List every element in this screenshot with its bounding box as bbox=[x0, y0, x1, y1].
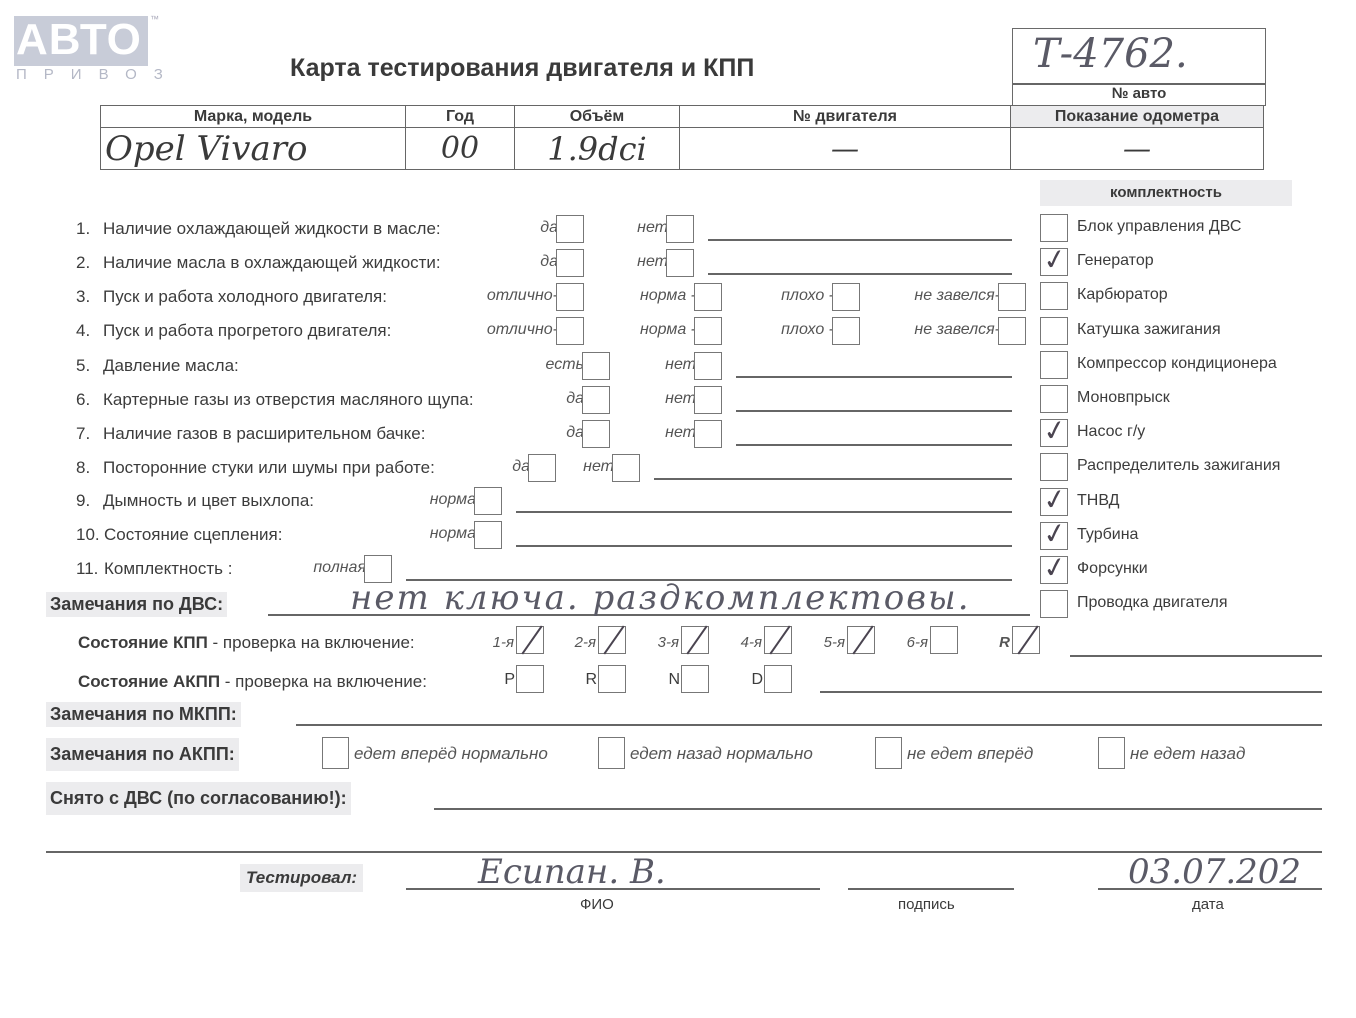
gear-label: 6-я bbox=[907, 634, 928, 651]
check-option-label: нет bbox=[637, 253, 668, 271]
value-odometer[interactable]: — bbox=[1011, 128, 1264, 170]
akpp-remarks-label: Замечания по АКПП: bbox=[46, 738, 239, 771]
gear-checkbox[interactable] bbox=[764, 626, 792, 654]
date-caption: дата bbox=[1192, 896, 1224, 913]
check-option-checkbox[interactable] bbox=[998, 283, 1026, 311]
gear-label: R bbox=[999, 634, 1010, 651]
check-option-checkbox[interactable] bbox=[694, 386, 722, 414]
completeness-checkbox[interactable] bbox=[1040, 214, 1068, 242]
mode-checkbox[interactable] bbox=[764, 665, 792, 693]
check-number: 10. bbox=[76, 525, 100, 545]
akpp-option-label: едет назад нормально bbox=[630, 744, 813, 764]
check-number: 3. bbox=[76, 287, 90, 307]
check-number: 4. bbox=[76, 321, 90, 341]
gear-label: 1-я bbox=[493, 634, 514, 651]
gear-checkbox[interactable] bbox=[847, 626, 875, 654]
check-label: Комплектность : bbox=[104, 559, 232, 579]
check-option-checkbox[interactable] bbox=[556, 283, 584, 311]
check-option-label: не завелся- bbox=[914, 287, 1000, 305]
signature-input[interactable] bbox=[848, 888, 1014, 890]
check-label: Посторонние стуки или шумы при работе: bbox=[103, 458, 435, 478]
mode-checkbox[interactable] bbox=[516, 665, 544, 693]
completeness-checkbox[interactable] bbox=[1040, 556, 1068, 584]
akpp-option-label: едет вперёд нормально bbox=[354, 744, 548, 764]
check-option-label: плохо - bbox=[781, 321, 834, 339]
akpp-checkbox[interactable] bbox=[875, 737, 902, 769]
akpp-option-label: не едет вперёд bbox=[907, 744, 1033, 764]
check-label: Пуск и работа холодного двигателя: bbox=[103, 287, 387, 307]
vehicle-info-table: Марка, модель Год Объём № двигателя Пока… bbox=[100, 105, 1264, 170]
akpp-checkbox[interactable] bbox=[598, 737, 625, 769]
akpp-option-label: не едет назад bbox=[1130, 744, 1245, 764]
engine-remarks-input[interactable]: нет ключа. раздкомплектовы. bbox=[350, 578, 971, 618]
check-number: 11. bbox=[76, 559, 98, 579]
check-notes-input[interactable] bbox=[708, 273, 1012, 275]
check-label: Картерные газы из отверстия масляного щу… bbox=[103, 390, 474, 410]
mode-checkbox[interactable] bbox=[681, 665, 709, 693]
check-notes-input[interactable] bbox=[736, 376, 1012, 378]
check-option-checkbox[interactable] bbox=[582, 386, 610, 414]
check-option-checkbox[interactable] bbox=[474, 521, 502, 549]
mode-label: R bbox=[585, 671, 597, 689]
gear-checkbox[interactable] bbox=[1012, 626, 1040, 654]
check-label: Наличие масла в охлаждающей жидкости: bbox=[103, 253, 441, 273]
engine-remarks-label: Замечания по ДВС: bbox=[46, 592, 227, 617]
check-option-checkbox[interactable] bbox=[694, 420, 722, 448]
col-volume: Объём bbox=[515, 106, 680, 128]
removed-label: Снято с ДВС (по согласованию!): bbox=[46, 782, 351, 815]
check-notes-input[interactable] bbox=[654, 478, 1012, 480]
check-option-label: норма - bbox=[640, 287, 696, 305]
check-notes-input[interactable] bbox=[708, 239, 1012, 241]
car-number-label: № авто bbox=[1013, 85, 1265, 102]
completeness-label: Турбина bbox=[1077, 526, 1138, 544]
check-option-label: норма bbox=[430, 491, 476, 509]
gear-checkbox[interactable] bbox=[681, 626, 709, 654]
page-title: Карта тестирования двигателя и КПП bbox=[290, 54, 754, 83]
completeness-checkbox[interactable] bbox=[1040, 351, 1068, 379]
col-make-model: Марка, модель bbox=[101, 106, 406, 128]
manual-gearbox-label: Состояние КПП - проверка на включение: bbox=[78, 633, 415, 653]
check-option-checkbox[interactable] bbox=[694, 352, 722, 380]
car-number-box: Т-4762. № авто bbox=[1012, 28, 1266, 106]
mkpp-remarks-label: Замечания по МКПП: bbox=[46, 702, 241, 727]
logo-tm: ™ bbox=[150, 14, 159, 24]
check-number: 8. bbox=[76, 458, 90, 478]
completeness-label: Катушка зажигания bbox=[1077, 321, 1221, 339]
check-option-checkbox[interactable] bbox=[556, 215, 584, 243]
check-number: 5. bbox=[76, 356, 90, 376]
auto-gearbox-label-rest: - проверка на включение: bbox=[220, 672, 427, 691]
tester-name-line bbox=[406, 888, 820, 890]
value-make-model[interactable]: Opel Vivaro bbox=[101, 128, 406, 170]
check-option-checkbox[interactable] bbox=[666, 249, 694, 277]
check-option-checkbox[interactable] bbox=[832, 283, 860, 311]
check-option-label: есть bbox=[546, 356, 584, 374]
check-number: 2. bbox=[76, 253, 90, 273]
removed-input[interactable] bbox=[434, 808, 1322, 810]
completeness-checkbox[interactable] bbox=[1040, 453, 1068, 481]
completeness-label: ТНВД bbox=[1077, 492, 1119, 510]
completeness-checkbox[interactable] bbox=[1040, 282, 1068, 310]
completeness-label: Проводка двигателя bbox=[1077, 594, 1228, 612]
check-option-label: норма - bbox=[640, 321, 696, 339]
check-option-checkbox[interactable] bbox=[998, 317, 1026, 345]
gear-label: 3-я bbox=[658, 634, 679, 651]
completeness-checkbox[interactable] bbox=[1040, 419, 1068, 447]
completeness-checkbox[interactable] bbox=[1040, 488, 1068, 516]
completeness-label: Блок управления ДВС bbox=[1077, 218, 1241, 236]
check-option-label: не завелся- bbox=[914, 321, 1000, 339]
mode-label: D bbox=[751, 671, 763, 689]
check-option-label: полная bbox=[313, 559, 366, 577]
check-number: 6. bbox=[76, 390, 90, 410]
akpp-checkbox[interactable] bbox=[322, 737, 349, 769]
completeness-checkbox[interactable] bbox=[1040, 385, 1068, 413]
mode-label: P bbox=[504, 671, 515, 689]
value-year[interactable]: 00 bbox=[406, 128, 515, 170]
check-label: Давление масла: bbox=[103, 356, 239, 376]
completeness-label: Моновпрыск bbox=[1077, 389, 1170, 407]
check-option-label: норма bbox=[430, 525, 476, 543]
value-engine-number[interactable]: — bbox=[680, 128, 1011, 170]
manual-gearbox-label-bold: Состояние КПП bbox=[78, 633, 208, 652]
date-input[interactable]: 03.07.202 bbox=[1128, 852, 1301, 892]
name-caption: ФИО bbox=[580, 896, 614, 913]
completeness-checkbox[interactable] bbox=[1040, 248, 1068, 276]
date-line bbox=[1098, 888, 1322, 890]
check-notes-input[interactable] bbox=[736, 410, 1012, 412]
completeness-checkbox[interactable] bbox=[1040, 317, 1068, 345]
car-number-value[interactable]: Т-4762. bbox=[1033, 31, 1188, 77]
check-option-label: плохо - bbox=[781, 287, 834, 305]
check-notes-input[interactable] bbox=[736, 444, 1012, 446]
tester-name-input[interactable]: Есипан. В. bbox=[478, 852, 666, 892]
tested-label: Тестировал: bbox=[240, 864, 363, 892]
auto-gearbox-label-bold: Состояние АКПП bbox=[78, 672, 220, 691]
completeness-checkbox[interactable] bbox=[1040, 522, 1068, 550]
completeness-checkbox[interactable] bbox=[1040, 590, 1068, 618]
check-option-label: нет bbox=[665, 424, 696, 442]
check-option-checkbox[interactable] bbox=[612, 454, 640, 482]
mode-checkbox[interactable] bbox=[598, 665, 626, 693]
check-option-checkbox[interactable] bbox=[556, 249, 584, 277]
logo-brand: АВТО bbox=[16, 14, 142, 66]
gear-checkbox[interactable] bbox=[516, 626, 544, 654]
col-odometer: Показание одометра bbox=[1011, 106, 1264, 128]
check-option-label: нет bbox=[637, 219, 668, 237]
mkpp-remarks-input[interactable] bbox=[296, 724, 1322, 726]
check-option-label: отлично- bbox=[487, 321, 558, 339]
completeness-label: Генератор bbox=[1077, 252, 1154, 270]
col-year: Год bbox=[406, 106, 515, 128]
gear-label: 2-я bbox=[575, 634, 596, 651]
check-number: 1. bbox=[76, 219, 90, 239]
gear-checkbox[interactable] bbox=[930, 626, 958, 654]
check-option-checkbox[interactable] bbox=[556, 317, 584, 345]
gear-checkbox[interactable] bbox=[598, 626, 626, 654]
check-option-label: нет bbox=[665, 390, 696, 408]
completeness-label: Компрессор кондиционера bbox=[1077, 355, 1277, 373]
gear-label: 5-я bbox=[824, 634, 845, 651]
check-label: Дымность и цвет выхлопа: bbox=[103, 491, 314, 511]
manual-gearbox-line bbox=[1070, 655, 1322, 657]
akpp-checkbox[interactable] bbox=[1098, 737, 1125, 769]
check-option-label: отлично- bbox=[487, 287, 558, 305]
check-option-checkbox[interactable] bbox=[474, 487, 502, 515]
col-engine-number: № двигателя bbox=[680, 106, 1011, 128]
signature-caption: подпись bbox=[898, 896, 955, 913]
check-option-checkbox[interactable] bbox=[528, 454, 556, 482]
check-option-label: нет bbox=[665, 356, 696, 374]
check-label: Наличие газов в расширительном бачке: bbox=[103, 424, 425, 444]
manual-gearbox-label-rest: - проверка на включение: bbox=[208, 633, 415, 652]
value-volume[interactable]: 1.9dci bbox=[515, 128, 680, 170]
check-option-checkbox[interactable] bbox=[694, 317, 722, 345]
completeness-label: Форсунки bbox=[1077, 560, 1148, 578]
gear-label: 4-я bbox=[741, 634, 762, 651]
mode-label: N bbox=[668, 671, 680, 689]
check-number: 7. bbox=[76, 424, 90, 444]
completeness-label: Карбюратор bbox=[1077, 286, 1168, 304]
check-option-checkbox[interactable] bbox=[694, 283, 722, 311]
completeness-title: комплектность bbox=[1040, 180, 1292, 206]
logo-subtitle: ПРИВОЗ bbox=[16, 66, 180, 83]
check-option-label: нет bbox=[583, 458, 614, 476]
check-option-checkbox[interactable] bbox=[832, 317, 860, 345]
auto-gearbox-line bbox=[820, 691, 1322, 693]
check-label: Пуск и работа прогретого двигателя: bbox=[103, 321, 391, 341]
check-number: 9. bbox=[76, 491, 90, 511]
completeness-label: Распределитель зажигания bbox=[1077, 457, 1280, 475]
check-notes-input[interactable] bbox=[516, 511, 1012, 513]
check-option-checkbox[interactable] bbox=[666, 215, 694, 243]
completeness-label: Насос г/у bbox=[1077, 423, 1145, 441]
check-label: Наличие охлаждающей жидкости в масле: bbox=[103, 219, 441, 239]
check-label: Состояние сцепления: bbox=[104, 525, 282, 545]
check-option-checkbox[interactable] bbox=[582, 420, 610, 448]
check-notes-input[interactable] bbox=[516, 545, 1012, 547]
auto-gearbox-label: Состояние АКПП - проверка на включение: bbox=[78, 672, 427, 692]
check-option-checkbox[interactable] bbox=[582, 352, 610, 380]
